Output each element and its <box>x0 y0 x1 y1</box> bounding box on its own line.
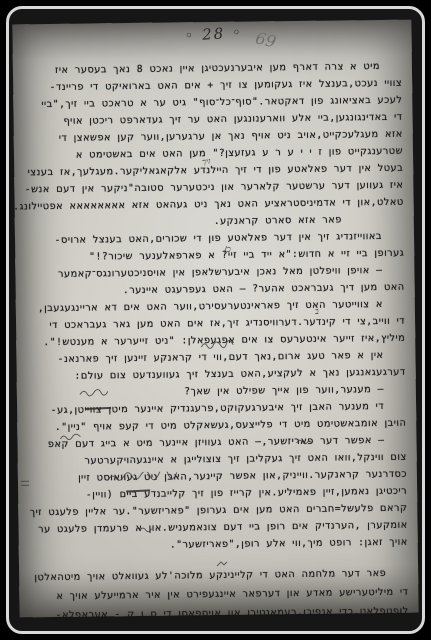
handwritten-scribble <box>216 560 228 568</box>
photo-of-typewritten-page: { "colors": { "background": "#000000", "… <box>0 0 431 640</box>
body-paragraphs: מיט א צרה דארף מען איבערנעכטיגן איין נאכ… <box>19 58 408 556</box>
handwritten-scribble <box>79 387 109 397</box>
handwritten-correction: ב <box>315 308 320 316</box>
handwritten-scribble <box>20 479 30 487</box>
page-number-handwritten: ◦ 28 ◦ <box>184 23 243 45</box>
handwritten-scribble <box>295 437 313 446</box>
handwritten-scribble <box>139 525 153 533</box>
handwritten-scribble <box>200 340 234 350</box>
text-line: לופטפלאט.כדי אנפירן,רעמאנטירן און אויספא… <box>26 602 409 626</box>
handwritten-scribble <box>107 471 182 484</box>
closing-paragraph: פאר דער מלחמה האט די קליינינקע מלוכה'לע … <box>25 564 409 626</box>
folio-number-pencil: 69 <box>254 28 278 51</box>
photo-frame: ◦ 28 ◦ 69 מיט א צרה דארף מען איבערנעכטיג… <box>6 6 425 634</box>
handwritten-scribble <box>59 433 81 442</box>
paper: ◦ 28 ◦ 69 מיט א צרה דארף מען איבערנעכטיג… <box>12 20 418 618</box>
handwritten-correction: זיך <box>201 158 210 167</box>
handwritten-correction: /כ <box>224 246 231 255</box>
